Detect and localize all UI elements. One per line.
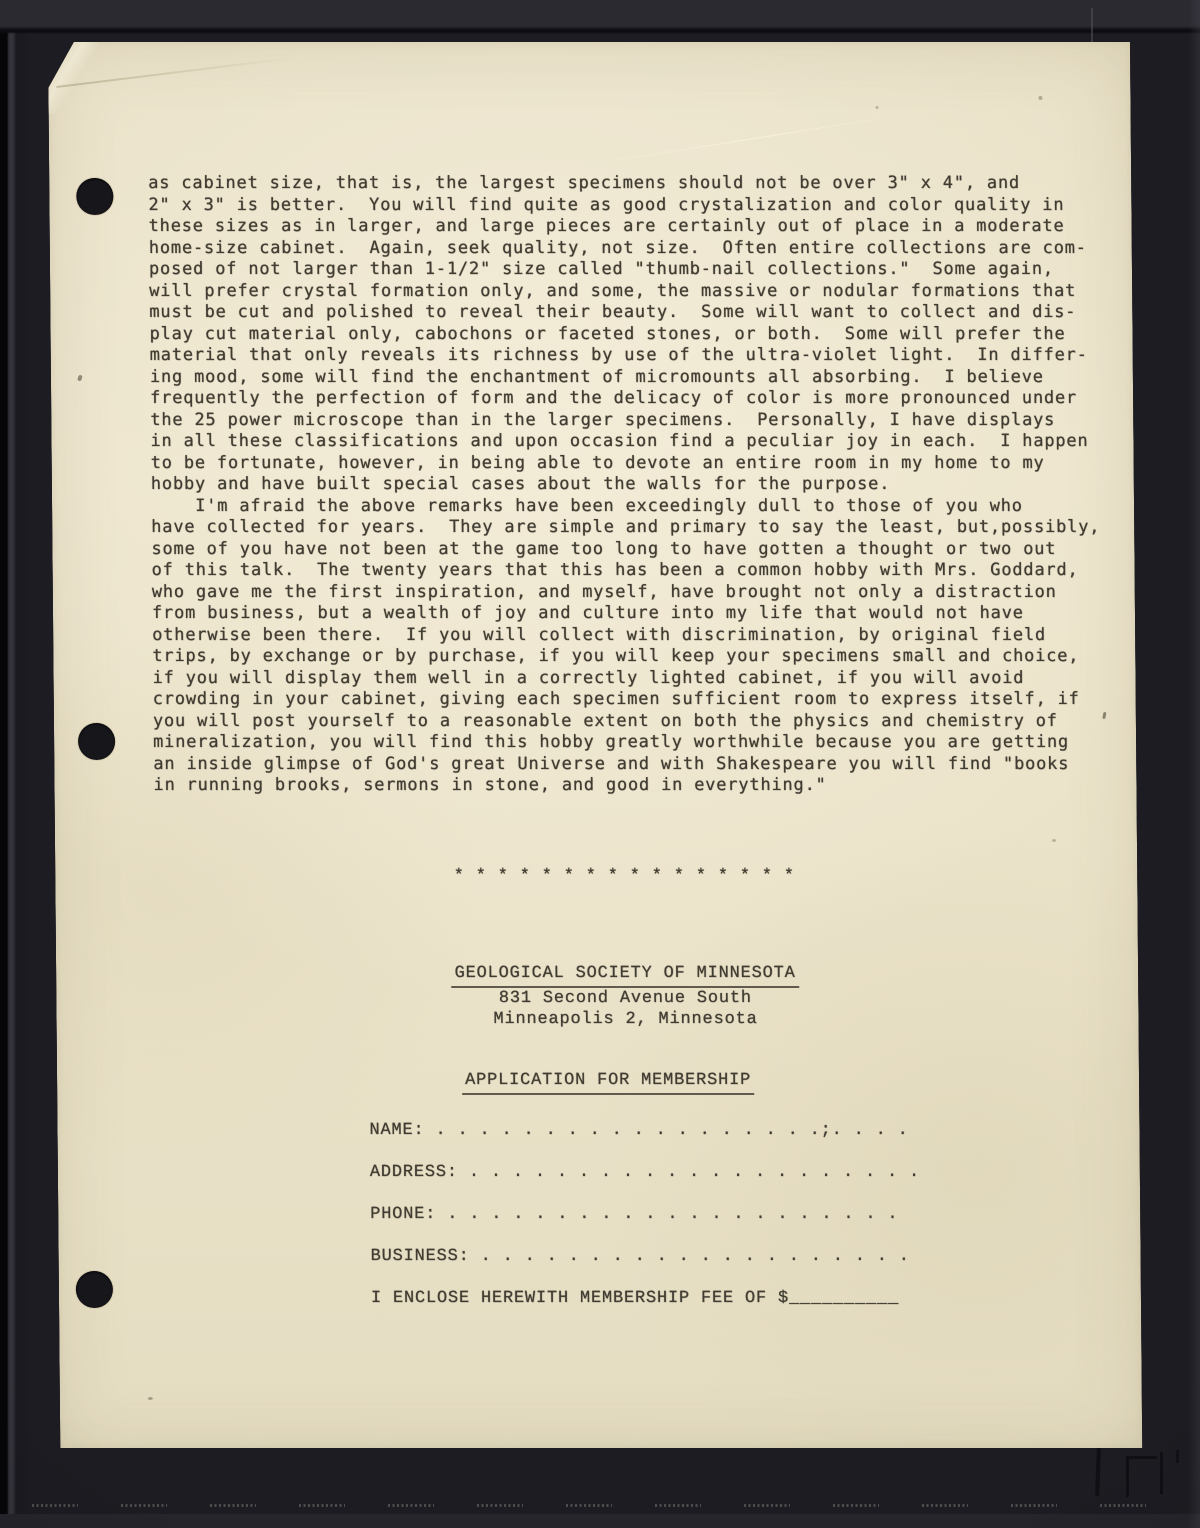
form-field-business: BUSINESS: . . . . . . . . . . . . . . . … xyxy=(371,1246,921,1268)
background-mark xyxy=(1126,1456,1157,1497)
dust-speck xyxy=(1102,712,1106,719)
hole-punch xyxy=(76,178,113,215)
scan-bottom-edge xyxy=(0,1514,1200,1528)
background-mark xyxy=(1176,1450,1179,1463)
background-scratch xyxy=(1091,8,1093,46)
binder-top-edge xyxy=(0,0,1200,34)
dot-leader: . . . . . . . . . . . . . . . . . . . . … xyxy=(458,1163,920,1182)
form-field-address: ADDRESS: . . . . . . . . . . . . . . . .… xyxy=(370,1162,920,1184)
field-label: ADDRESS: xyxy=(370,1163,458,1182)
dot-leader: . . . . . . . . . . . . . . . . . .;. . … xyxy=(424,1121,908,1140)
binder-spine xyxy=(0,0,34,1528)
scan-right-edge xyxy=(1188,0,1200,1528)
dust-speck xyxy=(876,106,879,109)
form-field-name: NAME: . . . . . . . . . . . . . . . . . … xyxy=(369,1120,919,1142)
society-address-block: GEOLOGICAL SOCIETY OF MINNESOTA 831 Seco… xyxy=(155,962,1096,1031)
dot-leader: . . . . . . . . . . . . . . . . . . . . … xyxy=(436,1205,898,1224)
background-mark xyxy=(1095,1448,1101,1496)
fee-line: I ENCLOSE HEREWITH MEMBERSHIP FEE OF $__… xyxy=(371,1288,921,1310)
field-label: NAME: xyxy=(369,1121,424,1140)
dust-speck xyxy=(77,375,83,382)
paper-crease xyxy=(591,112,917,165)
dust-speck xyxy=(148,1397,153,1400)
scan-background: as cabinet size, that is, the largest sp… xyxy=(0,0,1200,1528)
background-mark xyxy=(1160,1452,1163,1494)
form-field-phone: PHONE: . . . . . . . . . . . . . . . . .… xyxy=(370,1204,920,1226)
film-edge-markings xyxy=(32,1504,1182,1507)
body-paragraph-1: as cabinet size, that is, the largest sp… xyxy=(148,173,1089,496)
body-paragraph-2: I'm afraid the above remarks have been e… xyxy=(151,496,1103,797)
dust-speck xyxy=(1052,839,1056,842)
fee-amount-blank: __________ xyxy=(789,1289,899,1308)
membership-form-fields: NAME: . . . . . . . . . . . . . . . . . … xyxy=(369,1120,921,1330)
society-address-line-2: Minneapolis 2, Minnesota xyxy=(155,1009,1095,1031)
field-label: BUSINESS: xyxy=(371,1247,470,1266)
folded-corner xyxy=(48,42,99,114)
hole-punch xyxy=(76,1271,113,1308)
fee-label: I ENCLOSE HEREWITH MEMBERSHIP FEE OF $ xyxy=(371,1289,789,1308)
society-name: GEOLOGICAL SOCIETY OF MINNESOTA xyxy=(452,963,799,988)
form-title: APPLICATION FOR MEMBERSHIP xyxy=(462,1070,754,1095)
membership-form: APPLICATION FOR MEMBERSHIP xyxy=(462,1070,754,1095)
society-address-line-1: 831 Second Avenue South xyxy=(155,988,1095,1010)
section-separator: * * * * * * * * * * * * * * * * xyxy=(154,866,1094,888)
scanned-page: as cabinet size, that is, the largest sp… xyxy=(48,42,1142,1448)
dust-speck xyxy=(1038,96,1042,100)
hole-punch xyxy=(78,723,115,760)
field-label: PHONE: xyxy=(370,1205,436,1224)
dot-leader: . . . . . . . . . . . . . . . . . . . . xyxy=(470,1247,910,1266)
